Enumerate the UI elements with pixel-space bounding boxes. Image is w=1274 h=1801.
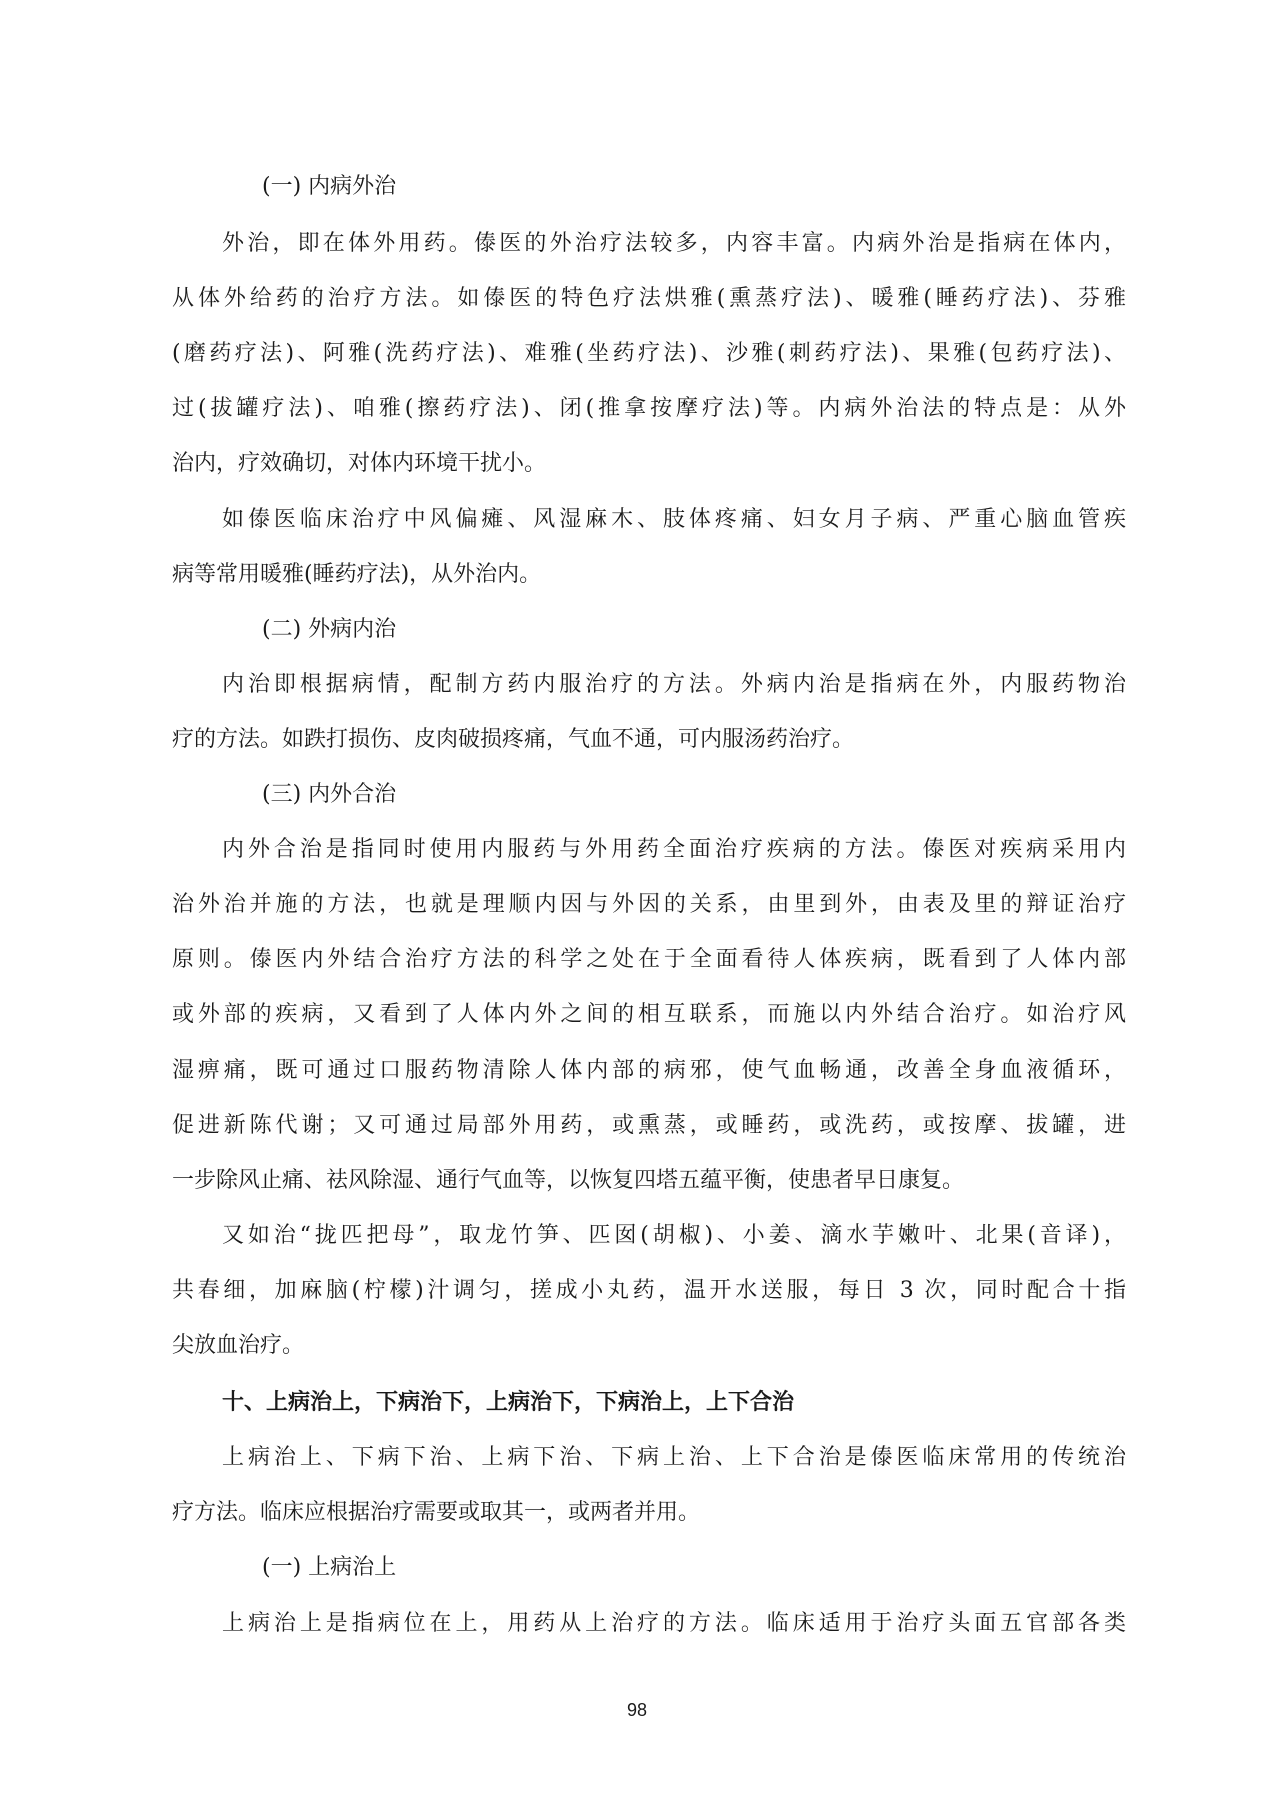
subsection-heading: (一) 上病治上 — [262, 1553, 396, 1583]
paragraph-line: 过(拔罐疗法)、咱雅(擦药疗法)、闭(推拿按摩疗法)等。内病外治法的特点是：从外 — [172, 394, 1126, 424]
paragraph-line: 湿痹痛，既可通过口服药物清除人体内部的病邪，使气血畅通，改善全身血液循环， — [172, 1056, 1126, 1086]
subsection-heading: (三) 内外合治 — [262, 780, 396, 810]
paragraph-line: 疗的方法。如跌打损伤、皮肉破损疼痛，气血不通，可内服汤药治疗。 — [172, 725, 1126, 755]
paragraph-line: 原则。傣医内外结合治疗方法的科学之处在于全面看待人体疾病，既看到了人体内部 — [172, 945, 1126, 975]
paragraph-line: 上病治上是指病位在上，用药从上治疗的方法。临床适用于治疗头面五官部各类 — [222, 1609, 1126, 1639]
paragraph-line: 治内，疗效确切，对体内环境干扰小。 — [172, 449, 1126, 479]
paragraph-line: 内外合治是指同时使用内服药与外用药全面治疗疾病的方法。傣医对疾病采用内 — [222, 835, 1126, 865]
paragraph-line: 一步除风止痛、祛风除湿、通行气血等，以恢复四塔五蕴平衡，使患者早日康复。 — [172, 1166, 1126, 1196]
subsection-heading: (二) 外病内治 — [262, 615, 396, 645]
paragraph-line: 从体外给药的治疗方法。如傣医的特色疗法烘雅(熏蒸疗法)、暖雅(睡药疗法)、芬雅 — [172, 284, 1126, 314]
subsection-heading: (一) 内病外治 — [262, 172, 396, 202]
paragraph-line: 促进新陈代谢；又可通过局部外用药，或熏蒸，或睡药，或洗药，或按摩、拔罐，进 — [172, 1111, 1126, 1141]
paragraph-line: 又如治“拢匹把母”，取龙竹笋、匹囡(胡椒)、小姜、滴水芋嫩叶、北果(音译)， — [222, 1221, 1126, 1251]
paragraph-line: 或外部的疾病，又看到了人体内外之间的相互联系，而施以内外结合治疗。如治疗风 — [172, 1000, 1126, 1030]
paragraph-line: (磨药疗法)、阿雅(洗药疗法)、难雅(坐药疗法)、沙雅(刺药疗法)、果雅(包药疗… — [172, 339, 1126, 369]
paragraph-line: 尖放血治疗。 — [172, 1331, 1126, 1361]
paragraph-line: 治外治并施的方法，也就是理顺内因与外因的关系，由里到外，由表及里的辩证治疗 — [172, 890, 1126, 920]
section-heading: 十、上病治上，下病治下，上病治下，下病治上，上下合治 — [222, 1388, 794, 1418]
paragraph-line: 外治，即在体外用药。傣医的外治疗法较多，内容丰富。内病外治是指病在体内， — [222, 229, 1126, 259]
paragraph-line: 病等常用暖雅(睡药疗法)，从外治内。 — [172, 560, 1126, 590]
paragraph-line: 如傣医临床治疗中风偏瘫、风湿麻木、肢体疼痛、妇女月子病、严重心脑血管疾 — [222, 505, 1126, 535]
paragraph-line: 共春细，加麻脑(柠檬)汁调匀，搓成小丸药，温开水送服，每日 3 次，同时配合十指 — [172, 1276, 1126, 1306]
paragraph-line: 上病治上、下病下治、上病下治、下病上治、上下合治是傣医临床常用的传统治 — [222, 1443, 1126, 1473]
paragraph-line: 内治即根据病情，配制方药内服治疗的方法。外病内治是指病在外，内服药物治 — [222, 670, 1126, 700]
page-number: 98 — [0, 1700, 1274, 1721]
document-page: (一) 内病外治 外治，即在体外用药。傣医的外治疗法较多，内容丰富。内病外治是指… — [0, 0, 1274, 1801]
paragraph-line: 疗方法。临床应根据治疗需要或取其一，或两者并用。 — [172, 1498, 1126, 1528]
